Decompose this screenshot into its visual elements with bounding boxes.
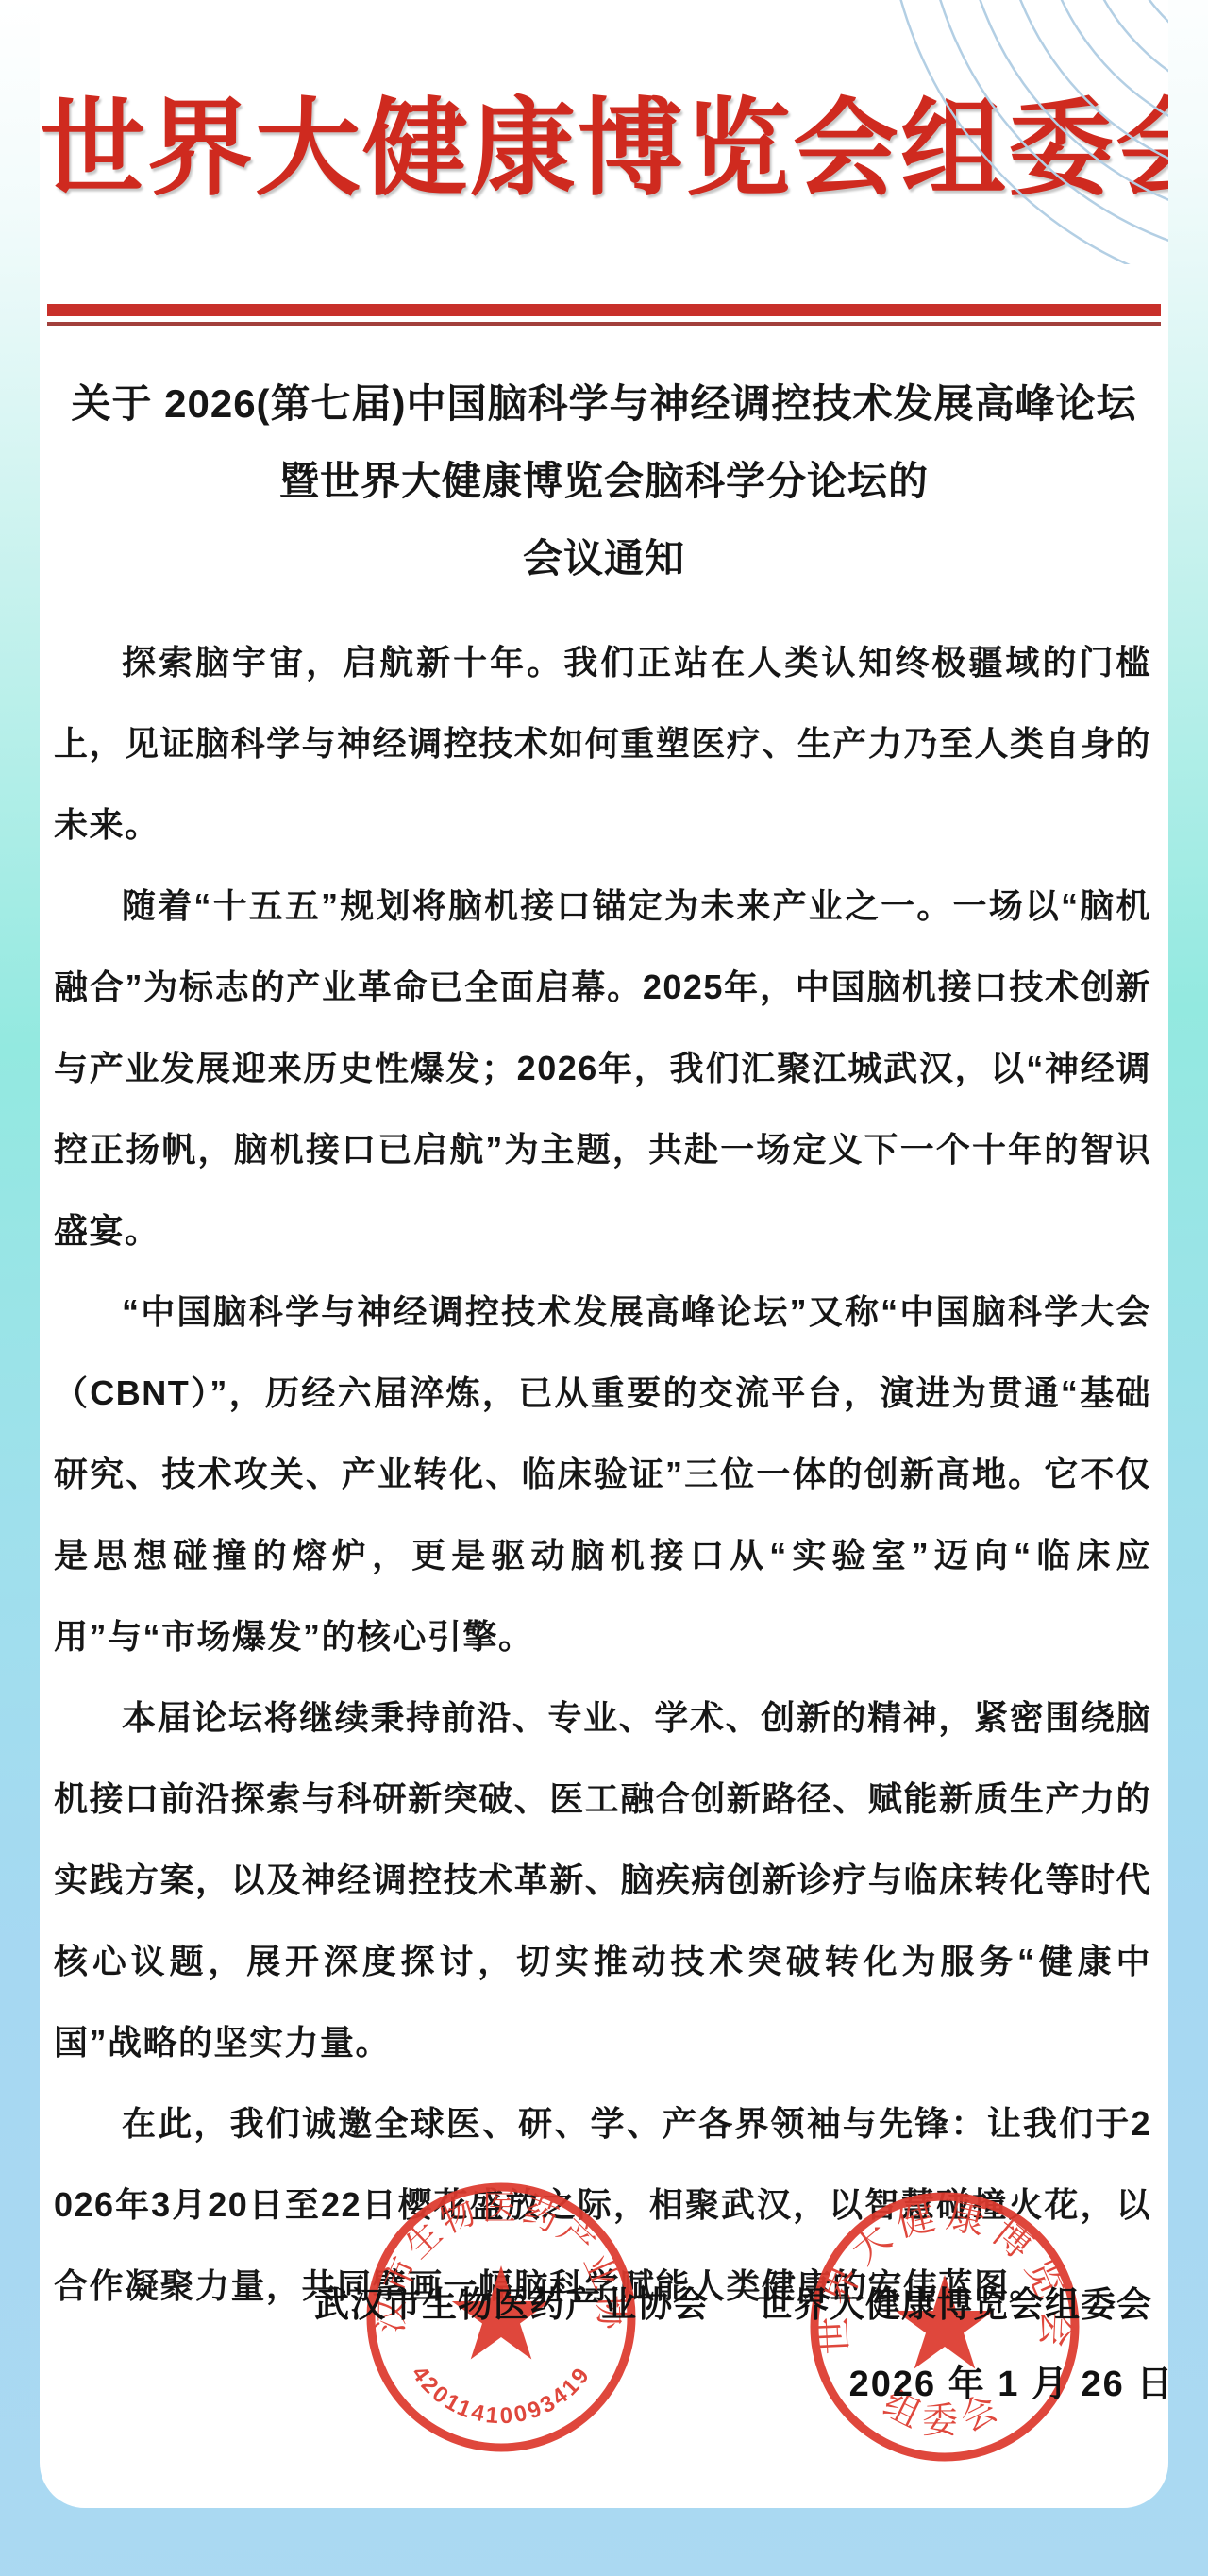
body-paragraph: “中国脑科学与神经调控技术发展高峰论坛”又称“中国脑科学大会（CBNT）”，历经… — [54, 1271, 1151, 1677]
page-background: 世界大健康博览会组委会 关于 2026(第七届)中国脑科学与神经调控技术发展高峰… — [0, 0, 1208, 2576]
svg-text:42011410093419: 42011410093419 — [407, 2362, 596, 2430]
content-card: 世界大健康博览会组委会 关于 2026(第七届)中国脑科学与神经调控技术发展高峰… — [40, 0, 1168, 2508]
official-seal-right-icon: 世界大健康博览会 组委会 — [803, 2185, 1086, 2468]
notice-body: 探索脑宇宙，启航新十年。我们正站在人类认知终极疆域的门槛上，见证脑科学与神经调控… — [40, 622, 1168, 2327]
notice-title: 关于 2026(第七届)中国脑科学与神经调控技术发展高峰论坛 暨世界大健康博览会… — [40, 365, 1168, 598]
date-line: 2026 年 1 月 26 日 — [785, 2362, 1168, 2407]
signature-right: 世界大健康博览会组委会 — [729, 2284, 1168, 2326]
body-paragraph: 探索脑宇宙，启航新十年。我们正站在人类认知终极疆域的门槛上，见证脑科学与神经调控… — [54, 622, 1151, 866]
body-paragraph: 本届论坛将继续秉持前沿、专业、学术、创新的精神，紧密围绕脑机接口前沿探索与科研新… — [54, 1677, 1151, 2083]
notice-title-line-2: 暨世界大健康博览会脑科学分论坛的 — [55, 443, 1153, 520]
red-divider — [47, 304, 1161, 326]
notice-title-line-1: 关于 2026(第七届)中国脑科学与神经调控技术发展高峰论坛 — [55, 365, 1153, 443]
letterhead-title: 世界大健康博览会组委会 — [40, 0, 1168, 225]
body-paragraph: 随着“十五五”规划将脑机接口锚定为未来产业之一。一场以“脑机融合”为标志的产业革… — [54, 866, 1151, 1271]
notice-title-line-3: 会议通知 — [55, 520, 1153, 598]
seal-left-code: 42011410093419 — [407, 2362, 596, 2430]
signature-left: 武汉市生物医药产业协会 — [266, 2284, 757, 2326]
